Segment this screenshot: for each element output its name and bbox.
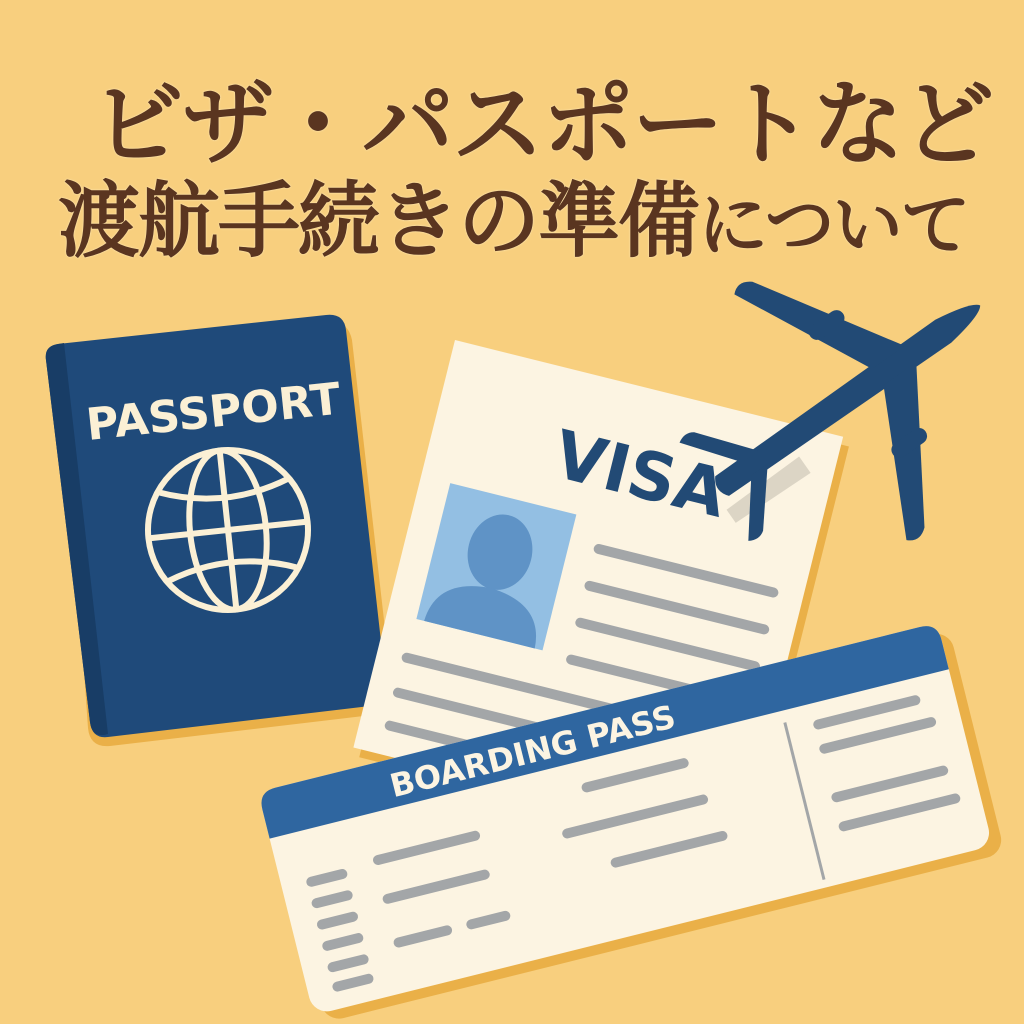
illustration: PASSPORT VISA [0, 0, 1024, 1024]
passport: PASSPORT [46, 315, 392, 746]
